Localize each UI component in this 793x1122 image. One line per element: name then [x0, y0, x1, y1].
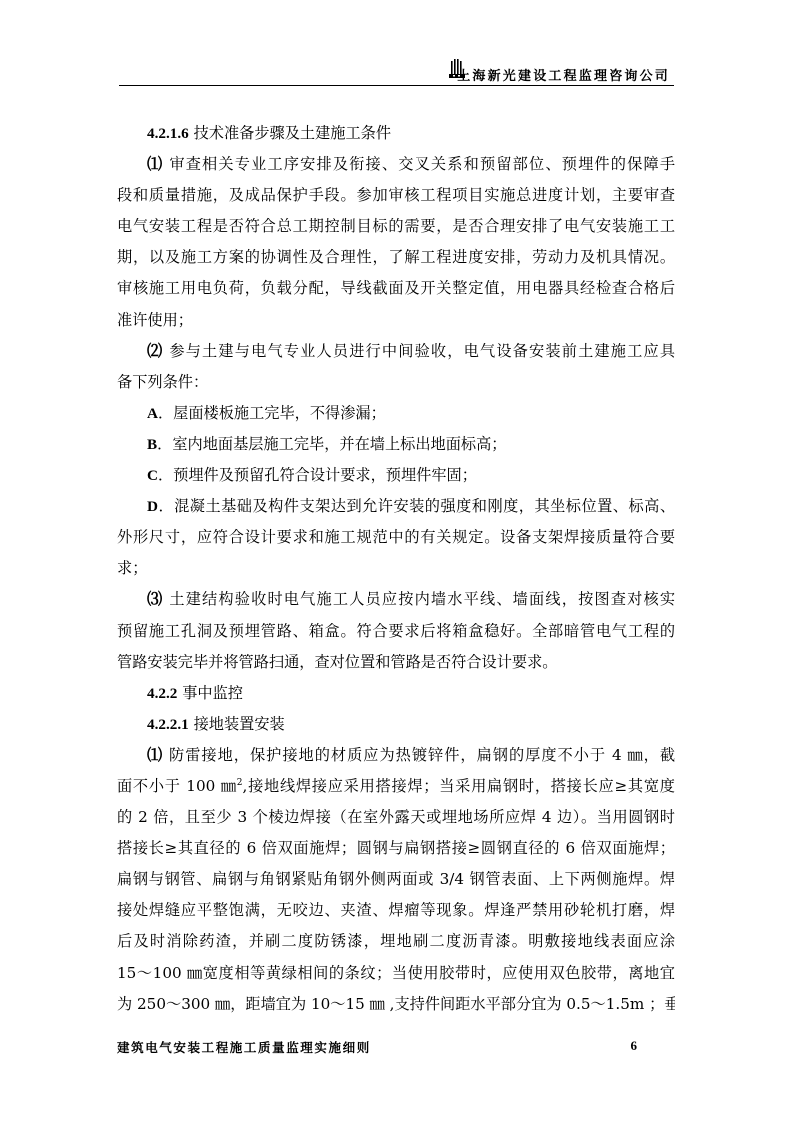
page-header: 上海新光建设工程监理咨询公司: [119, 57, 674, 86]
condition-item-b: B．室内地面基层施工完毕，并在墙上标出地面标高；: [117, 429, 675, 460]
condition-item-a: A．屋面楼板施工完毕，不得渗漏；: [117, 398, 675, 429]
paragraph-line: 为 250～300 ㎜，距墙宜为 10～15 ㎜ ,支持件间距水平部分宜为 0.…: [117, 989, 675, 1020]
paragraph-line: 预留施工孔洞及预埋管路、箱盒。符合要求后将箱盒稳好。全部暗管电气工程的: [117, 616, 675, 647]
heading-number: 4.2.2: [147, 685, 177, 702]
heading-text: 事中监控: [177, 684, 243, 702]
company-name: 上海新光建设工程监理咨询公司: [457, 65, 670, 84]
paragraph-line: 准许使用；: [117, 305, 675, 336]
section-heading-4-2-1-6: 4.2.1.6 技术准备步骤及土建施工条件: [117, 118, 675, 149]
condition-item-c: C．预埋件及预留孔符合设计要求，预埋件牢固；: [117, 460, 675, 491]
paragraph-line: 搭接长≥其直径的 6 倍双面施焊；圆钢与扁钢搭接≥圆钢直径的 6 倍双面施焊；: [117, 833, 675, 864]
paragraph-line: 备下列条件：: [117, 367, 675, 398]
paragraph-line: 段和质量措施，及成品保护手段。参加审核工程项目实施总进度计划，主要审查: [117, 180, 675, 211]
paragraph-line: 接处焊缝应平整饱满，无咬边、夹渣、焊瘤等现象。焊逢严禁用砂轮机打磨，焊: [117, 895, 675, 926]
list-marker: ⑶: [147, 591, 163, 608]
list-marker: ⑵: [147, 343, 163, 360]
paragraph-line: 的 2 倍，且至少 3 个棱边焊接（在室外露天或埋地场所应焊 4 边）。当用圆钢…: [117, 802, 675, 833]
list-marker: ⑴: [147, 747, 163, 764]
paragraph-line: 面不小于 100 ㎜2,接地线焊接应采用搭接焊；当采用扁钢时，搭接长应≥其宽度: [117, 771, 675, 802]
heading-text: 技术准备步骤及土建施工条件: [189, 124, 391, 142]
page-number: 6: [631, 1038, 638, 1054]
paragraph-line: 外形尺寸，应符合设计要求和施工规范中的有关规定。设备支架焊接质量符合要: [117, 522, 675, 553]
paragraph-line: 管路安装完毕并将管路扫通，查对位置和管路是否符合设计要求。: [117, 647, 675, 678]
paragraph-line: ⑴ 审查相关专业工序安排及衔接、交叉关系和预留部位、预埋件的保障手: [117, 149, 675, 180]
condition-item-d: D．混凝土基础及构件支架达到允许安装的强度和刚度，其坐标位置、标高、: [117, 491, 675, 522]
heading-number: 4.2.2.1: [147, 716, 189, 733]
heading-number: 4.2.1.6: [147, 125, 189, 142]
document-title: 建筑电气安装工程施工质量监理实施细则: [117, 1038, 371, 1056]
paragraph-line: 期，以及施工方案的协调性及合理性，了解工程进度安排，劳动力及机具情况。: [117, 242, 675, 273]
list-marker: ⑴: [147, 156, 163, 173]
paragraph-line: 扁钢与钢管、扁钢与角钢紧贴角钢外侧两面或 3/4 钢管表面、上下两侧施焊。焊: [117, 864, 675, 895]
paragraph-line: ⑵ 参与土建与电气专业人员进行中间验收，电气设备安装前土建施工应具: [117, 336, 675, 367]
page-footer: 建筑电气安装工程施工质量监理实施细则 6: [117, 1038, 637, 1058]
paragraph-line: ⑴ 防雷接地，保护接地的材质应为热镀锌件，扁钢的厚度不小于 4 ㎜，截: [117, 740, 675, 771]
heading-text: 接地装置安装: [189, 715, 285, 733]
paragraph-line: 15～100 ㎜宽度相等黄绿相间的条纹；当使用胶带时，应使用双色胶带，离地宜: [117, 958, 675, 989]
paragraph-line: 求；: [117, 553, 675, 584]
section-heading-4-2-2: 4.2.2 事中监控: [117, 678, 675, 709]
paragraph-line: ⑶ 土建结构验收时电气施工人员应按内墙水平线、墙面线，按图查对核实: [117, 584, 675, 615]
paragraph-line: 审核施工用电负荷，负载分配，导线截面及开关整定值，用电器具经检查合格后: [117, 273, 675, 304]
section-heading-4-2-2-1: 4.2.2.1 接地装置安装: [117, 709, 675, 740]
paragraph-line: 后及时消除药渣，并刷二度防锈漆，埋地刷二度沥青漆。明敷接地线表面应涂: [117, 926, 675, 957]
paragraph-line: 电气安装工程是否符合总工期控制目标的需要，是否合理安排了电气安装施工工: [117, 211, 675, 242]
document-body: 4.2.1.6 技术准备步骤及土建施工条件 ⑴ 审查相关专业工序安排及衔接、交叉…: [117, 118, 675, 1020]
